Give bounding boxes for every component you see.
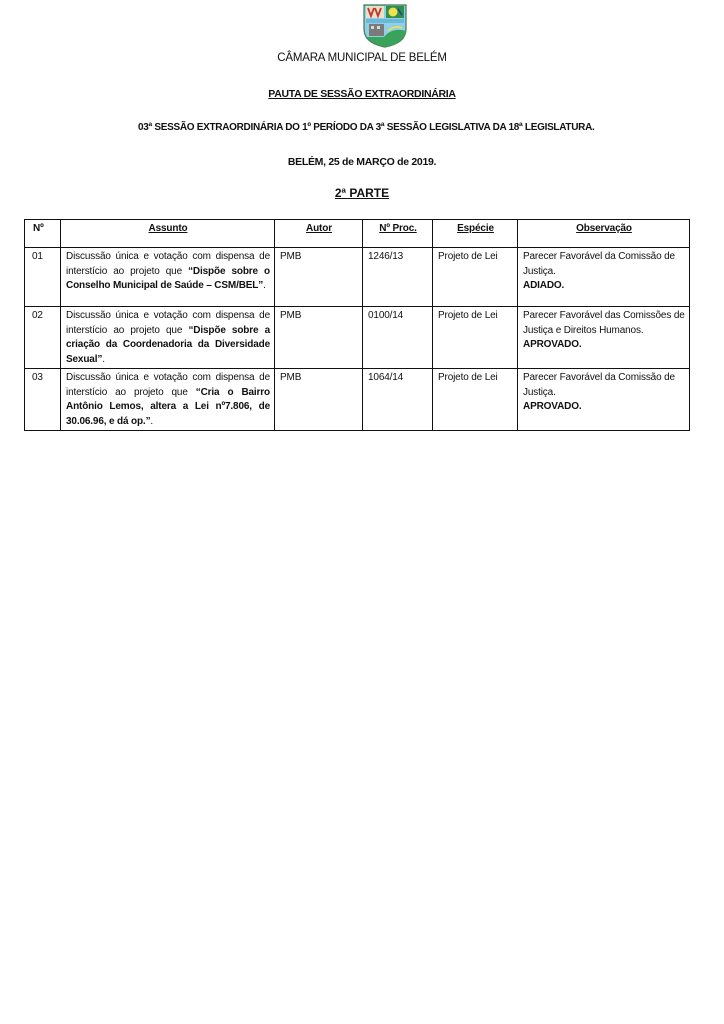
table-row: 01 Discussão única e votação com dispens… <box>25 248 690 307</box>
item-observation: Parecer Favorável das Comissões de Justi… <box>518 307 690 369</box>
item-kind: Projeto de Lei <box>433 369 518 431</box>
item-kind: Projeto de Lei <box>433 307 518 369</box>
observation-text: Parecer Favorável da Comissão de Justiça… <box>523 250 685 279</box>
table-row: 03 Discussão única e votação com dispens… <box>25 369 690 431</box>
session-date: BELÉM, 25 de MARÇO de 2019. <box>0 156 724 168</box>
subject-end: . <box>263 280 266 291</box>
table-row: 02 Discussão única e votação com dispens… <box>25 307 690 369</box>
item-kind: Projeto de Lei <box>433 248 518 307</box>
item-number: 03 <box>25 369 61 431</box>
status-label: APROVADO. <box>523 400 685 415</box>
item-subject: Discussão única e votação com dispensa d… <box>61 369 275 431</box>
status-label: ADIADO. <box>523 279 685 294</box>
item-author: PMB <box>275 307 363 369</box>
item-author: PMB <box>275 369 363 431</box>
column-header-observation: Observação <box>518 220 690 248</box>
column-header-subject: Assunto <box>61 220 275 248</box>
item-subject: Discussão única e votação com dispensa d… <box>61 248 275 307</box>
subject-end: . <box>102 354 105 365</box>
table-header-row: Nº Assunto Autor Nº Proc. Espécie Observ… <box>25 220 690 248</box>
part-heading: 2ª PARTE <box>0 186 724 200</box>
column-header-author: Autor <box>275 220 363 248</box>
column-header-process: Nº Proc. <box>363 220 433 248</box>
column-header-number: Nº <box>25 220 61 248</box>
organization-name: CÂMARA MUNICIPAL DE BELÉM <box>0 52 724 64</box>
item-process: 1246/13 <box>363 248 433 307</box>
observation-text: Parecer Favorável da Comissão de Justiça… <box>523 371 685 400</box>
item-author: PMB <box>275 248 363 307</box>
observation-text: Parecer Favorável das Comissões de Justi… <box>523 309 685 338</box>
item-observation: Parecer Favorável da Comissão de Justiça… <box>518 248 690 307</box>
item-process: 0100/14 <box>363 307 433 369</box>
status-label: APROVADO. <box>523 338 685 353</box>
subject-end: . <box>150 416 153 427</box>
session-subtitle: 03ª SESSÃO EXTRAORDINÁRIA DO 1º PERÍODO … <box>138 122 724 133</box>
item-subject: Discussão única e votação com dispensa d… <box>61 307 275 369</box>
item-process: 1064/14 <box>363 369 433 431</box>
item-number: 01 <box>25 248 61 307</box>
agenda-table: Nº Assunto Autor Nº Proc. Espécie Observ… <box>24 219 690 431</box>
column-header-kind: Espécie <box>433 220 518 248</box>
item-number: 02 <box>25 307 61 369</box>
item-observation: Parecer Favorável da Comissão de Justiça… <box>518 369 690 431</box>
coat-of-arms-icon <box>362 3 408 48</box>
document-title: PAUTA DE SESSÃO EXTRAORDINÁRIA <box>0 88 724 100</box>
